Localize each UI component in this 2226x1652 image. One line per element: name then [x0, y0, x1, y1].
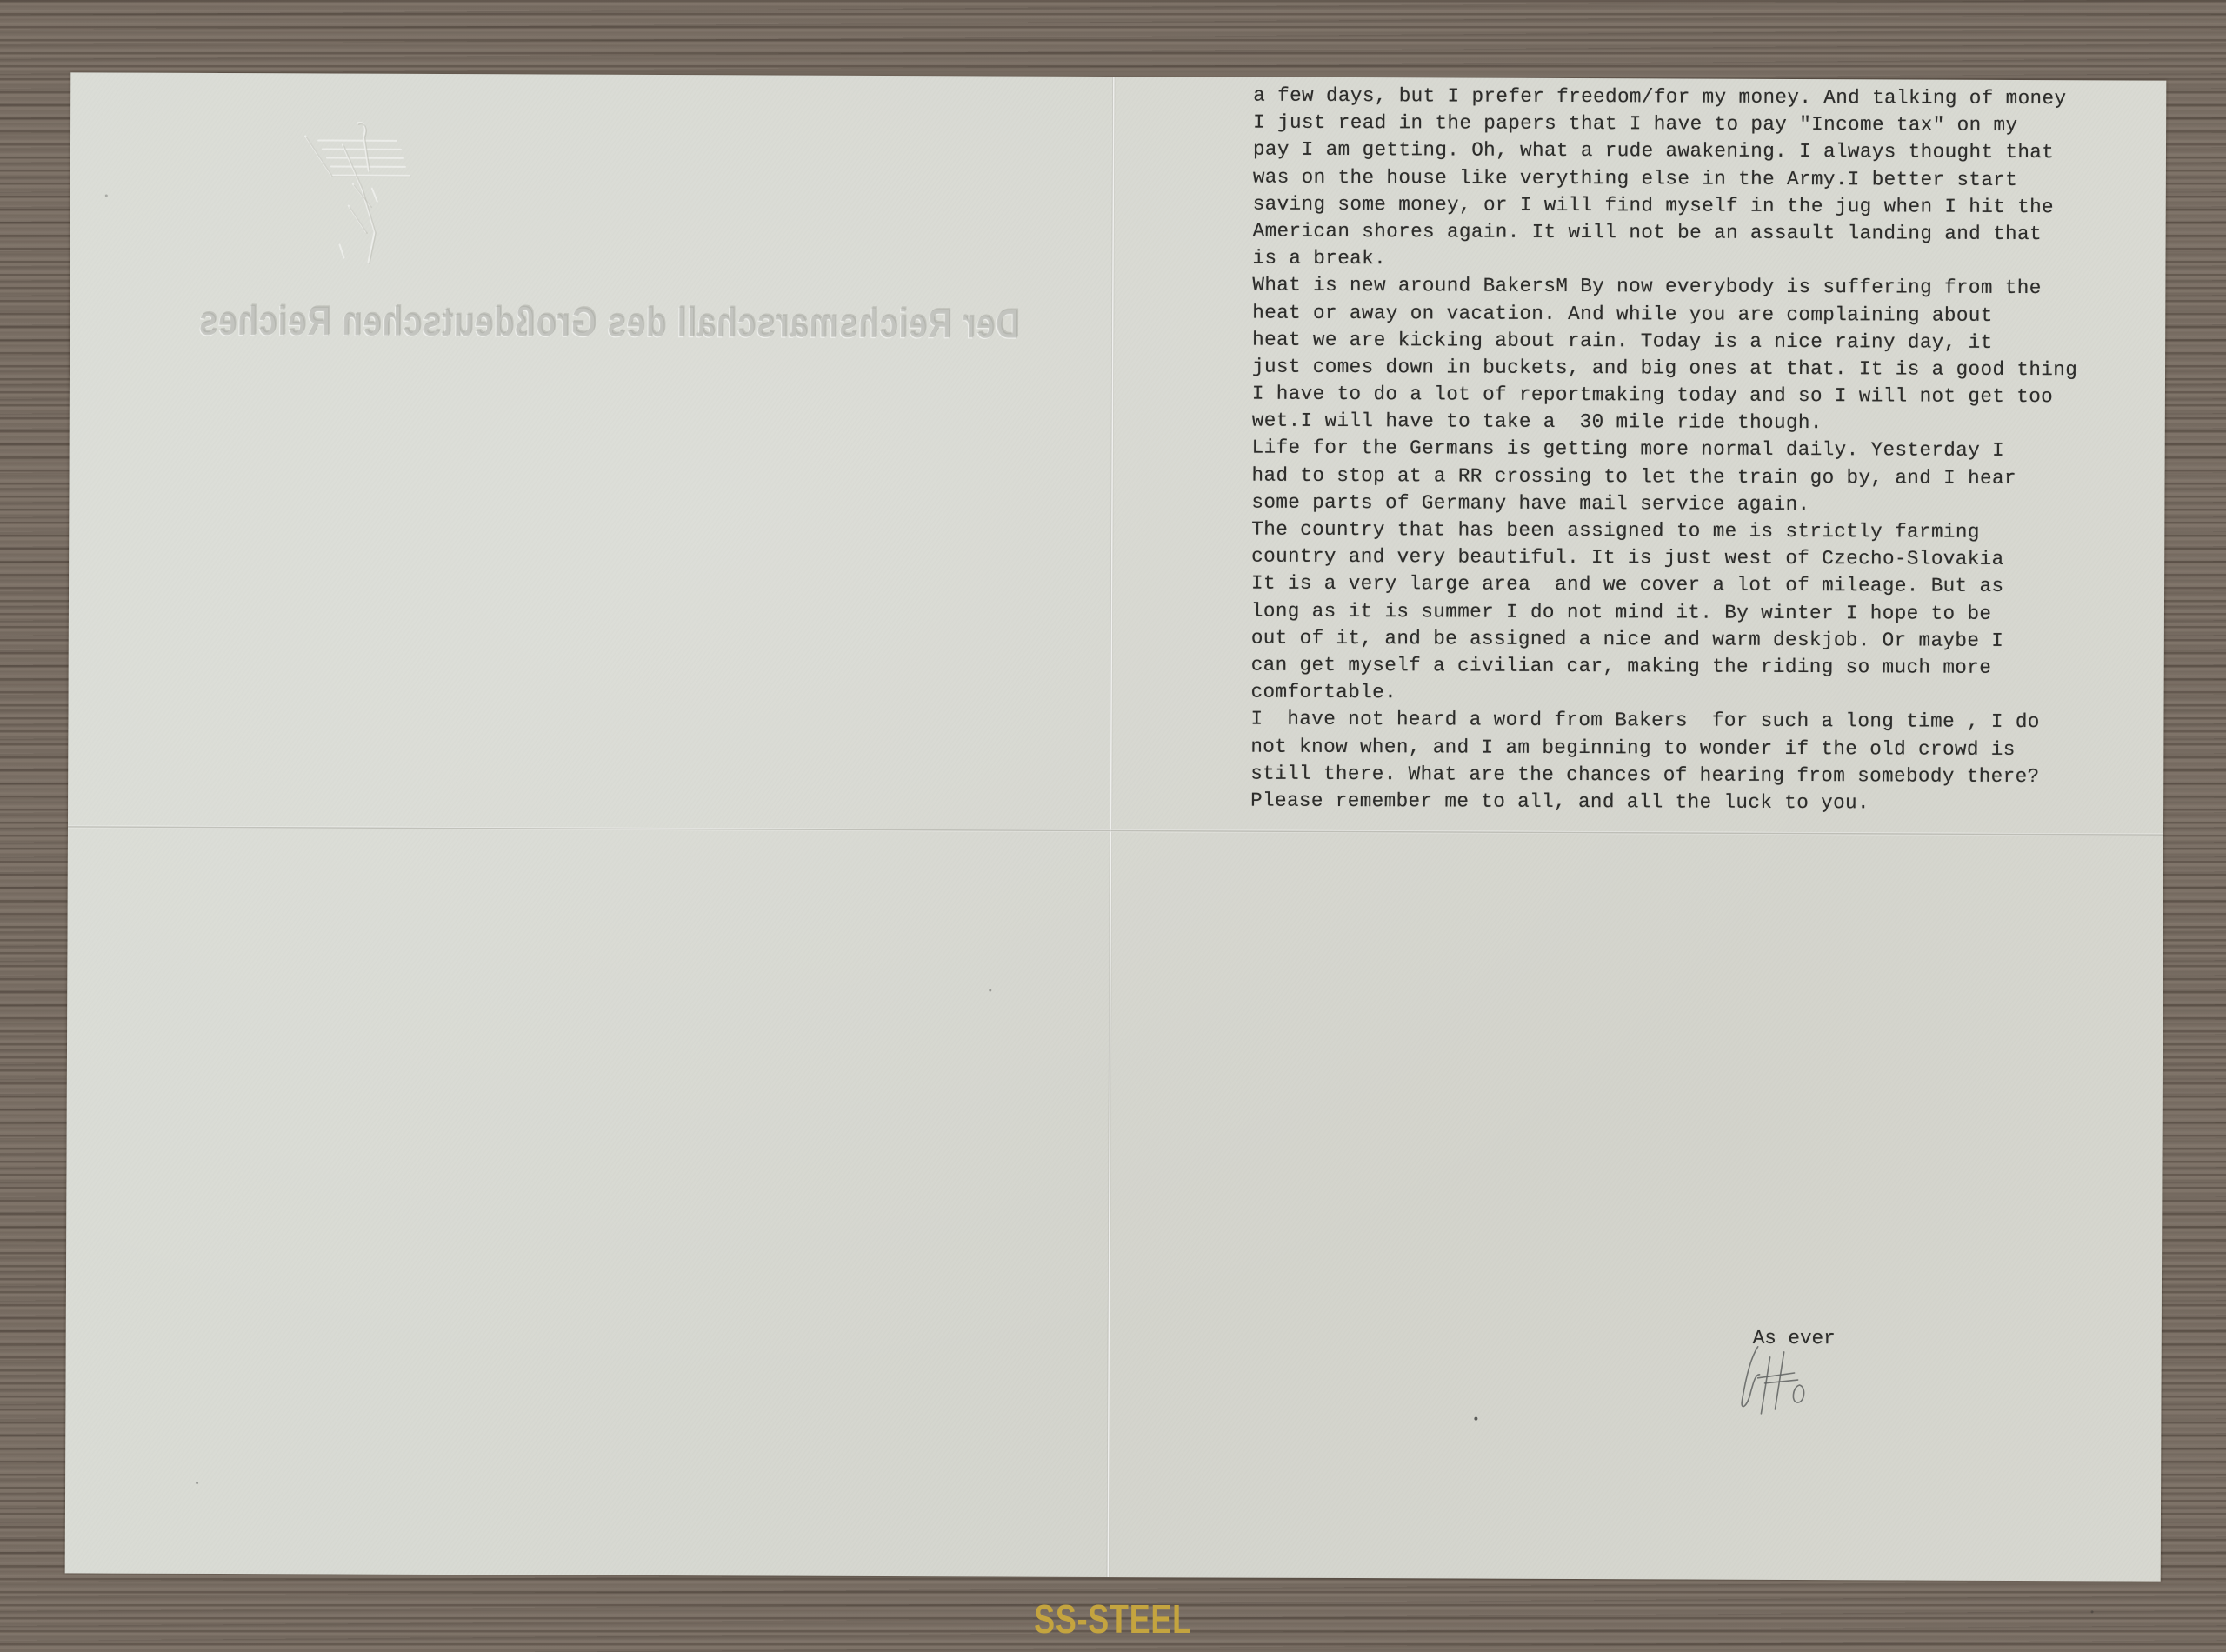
- letter-sheet: Der Reichsmarschall des Großdeutschen Re…: [65, 72, 2167, 1581]
- letter-line: some parts of Germany have mail service …: [1251, 489, 2156, 519]
- paper-speck: [105, 195, 108, 197]
- letter-line: saving some money, or I will find myself…: [1253, 190, 2157, 221]
- left-page: Der Reichsmarschall des Großdeutschen Re…: [65, 72, 1113, 1577]
- paper-speck: [989, 989, 991, 991]
- letter-line: a few days, but I prefer freedom/for my …: [1253, 83, 2157, 113]
- letter-line: comfortable.: [1251, 679, 2156, 709]
- letter-line: long as it is summer I do not mind it. B…: [1251, 597, 2156, 628]
- eagle-emblem-icon: [300, 118, 414, 266]
- letter-line: It is a very large area and we cover a l…: [1251, 570, 2156, 601]
- letter-line: wet.I will have to take a 30 mile ride t…: [1252, 408, 2156, 438]
- embossed-letterhead: Der Reichsmarschall des Großdeutschen Re…: [139, 298, 1078, 349]
- signature-name: Otto: [1742, 1350, 1827, 1395]
- letter-line: I just read in the papers that I have to…: [1253, 110, 2157, 140]
- letter-line: Life for the Germans is getting more nor…: [1252, 435, 2156, 465]
- paper-speck: [1474, 1417, 1477, 1421]
- letter-line: country and very beautiful. It is just w…: [1251, 543, 2156, 574]
- watermark-logo: SS-STEEL: [245, 1595, 1982, 1642]
- letter-line: American shores again. It will not be an…: [1253, 218, 2157, 249]
- letter-line: just comes down in buckets, and big ones…: [1252, 353, 2156, 383]
- letter-body: a few days, but I prefer freedom/for my …: [1250, 83, 2157, 818]
- letter-line: heat we are kicking about rain. Today is…: [1252, 326, 2156, 356]
- letter-line: heat or away on vacation. And while you …: [1252, 299, 2156, 330]
- letter-line: still there. What are the chances of hea…: [1250, 760, 2155, 790]
- letter-line: out of it, and be assigned a nice and wa…: [1251, 624, 2156, 655]
- letter-line: Please remember me to all, and all the l…: [1250, 787, 2155, 817]
- letter-line: had to stop at a RR crossing to let the …: [1251, 462, 2156, 492]
- letter-line: not know when, and I am beginning to won…: [1250, 733, 2155, 763]
- letter-line: pay I am getting. Oh, what a rude awaken…: [1253, 137, 2157, 167]
- letter-line: is a break.: [1252, 245, 2156, 276]
- letter-line: The country that has been assigned to me…: [1251, 516, 2156, 547]
- letter-line: I have not heard a word from Bakers for …: [1250, 706, 2155, 736]
- letter-line: I have to do a lot of reportmaking today…: [1252, 381, 2156, 411]
- letter-line: was on the house like verything else in …: [1253, 163, 2157, 194]
- paper-speck: [196, 1482, 198, 1484]
- paper-speck: [2091, 1610, 2094, 1613]
- letter-line: can get myself a civilian car, making th…: [1251, 652, 2156, 683]
- letter-line: What is new around BakersM By now everyb…: [1252, 272, 2156, 303]
